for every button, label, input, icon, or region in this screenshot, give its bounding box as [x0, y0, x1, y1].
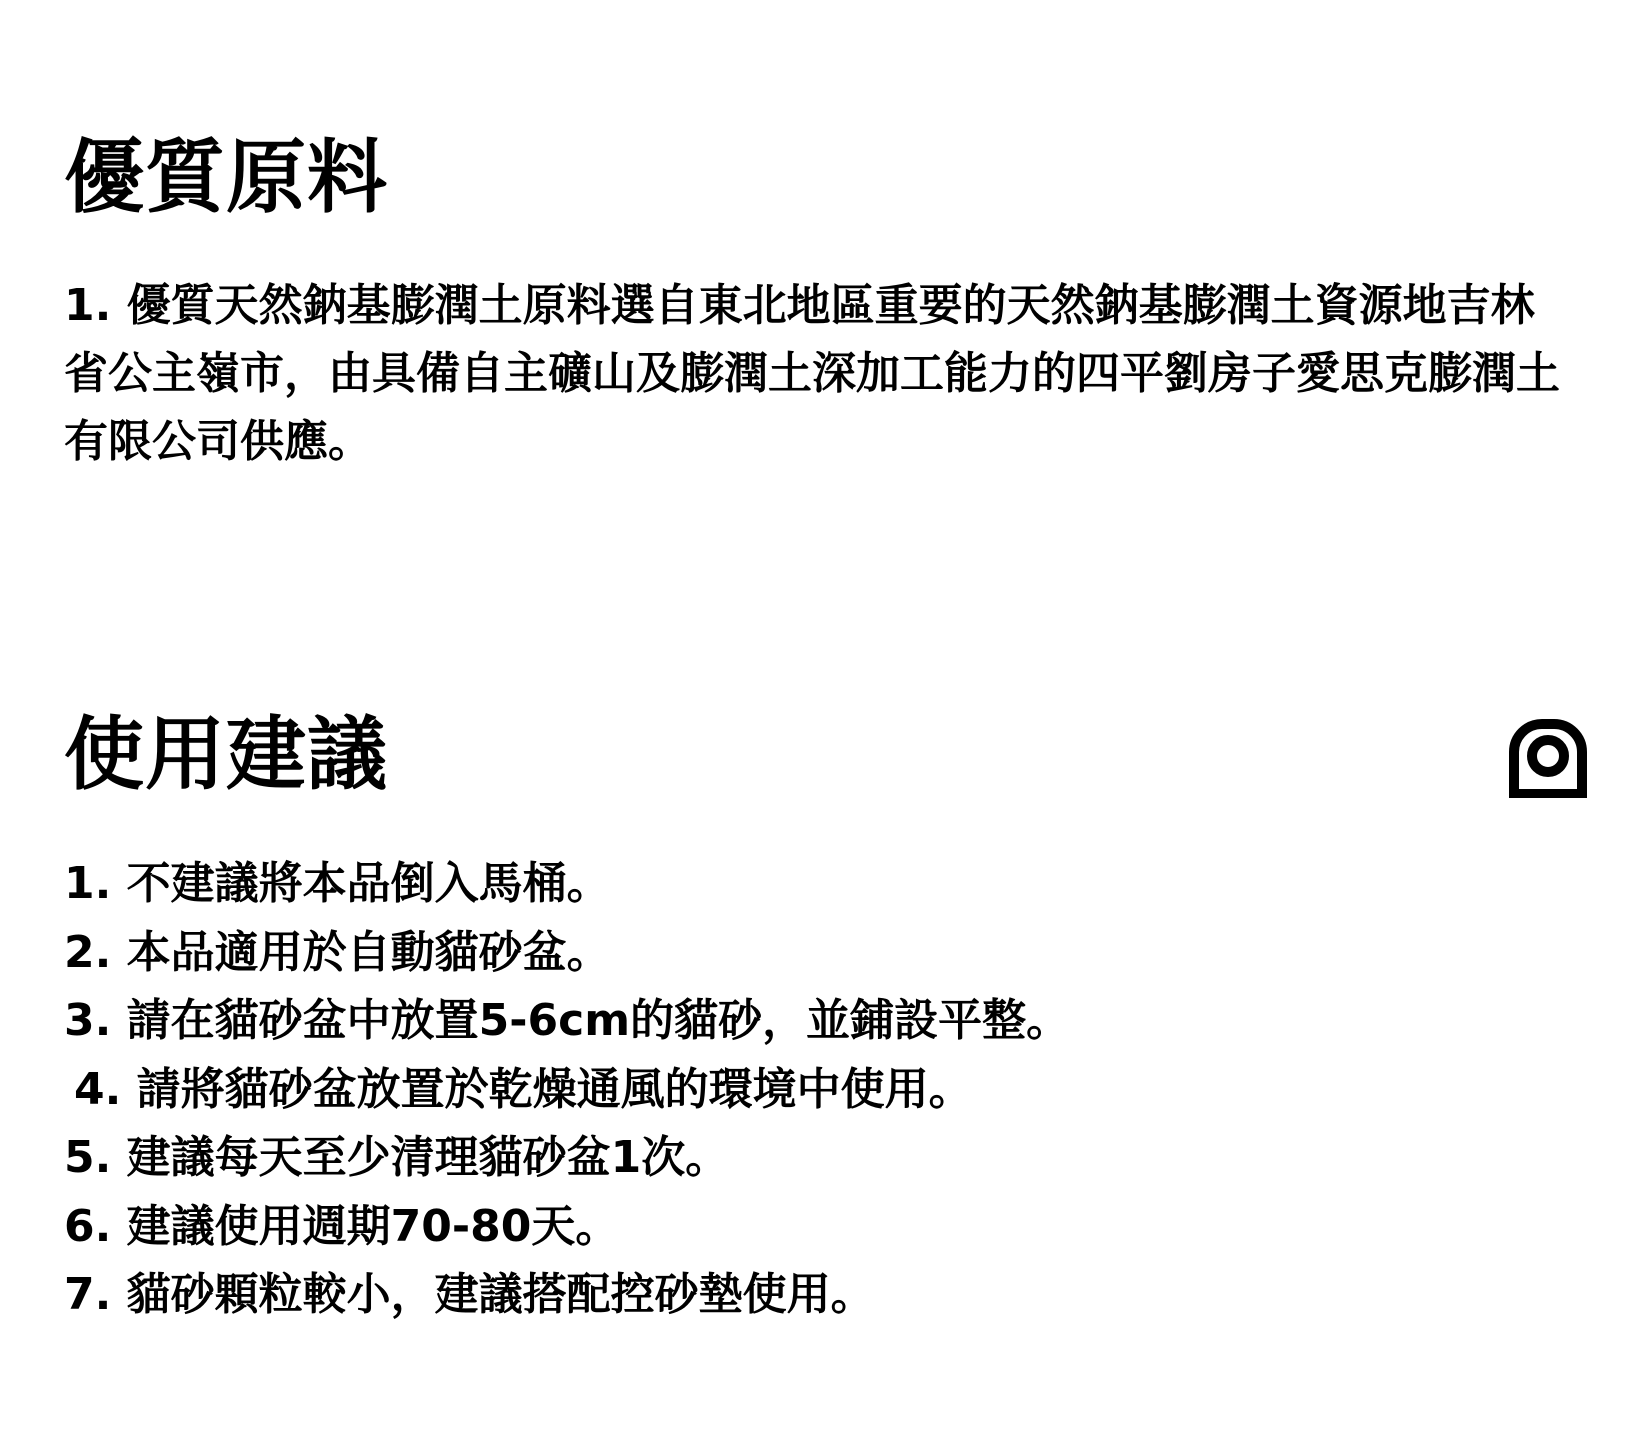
usage-item: 2. 本品適用於自動貓砂盆。 — [64, 919, 1070, 988]
section-title-usage: 使用建議 — [64, 715, 388, 795]
litter-box-icon — [1508, 718, 1588, 798]
usage-item: 3. 請在貓砂盆中放置5-6cm的貓砂，並鋪設平整。 — [64, 987, 1070, 1056]
usage-item: 6. 建議使用週期70-80天。 — [64, 1193, 1070, 1262]
usage-list: 1. 不建議將本品倒入馬桶。 2. 本品適用於自動貓砂盆。 3. 請在貓砂盆中放… — [64, 850, 1070, 1330]
usage-item: 4. 請將貓砂盆放置於乾燥通風的環境中使用。 — [64, 1056, 1070, 1125]
usage-item: 1. 不建議將本品倒入馬桶。 — [64, 850, 1070, 919]
usage-item: 7. 貓砂顆粒較小，建議搭配控砂墊使用。 — [64, 1261, 1070, 1330]
materials-description: 1. 優質天然鈉基膨潤土原料選自東北地區重要的天然鈉基膨潤土資源地吉林省公主嶺市… — [64, 272, 1564, 476]
usage-item: 5. 建議每天至少清理貓砂盆1次。 — [64, 1124, 1070, 1193]
section-title-materials: 優質原料 — [64, 138, 388, 218]
